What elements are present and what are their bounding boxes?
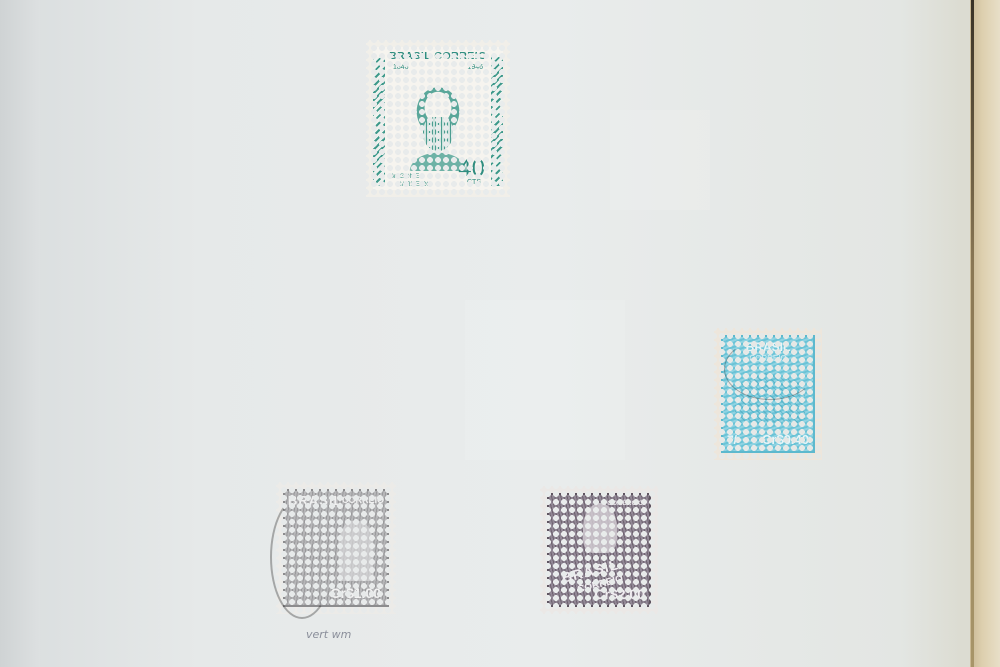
stamp-unit: CTS [467, 179, 481, 186]
stamp-correio-text: CORREIO [342, 495, 384, 505]
portrait-name-line2: CARNEIRO [397, 181, 431, 188]
portrait-beard [423, 117, 453, 151]
stamp-frame-right [491, 57, 503, 186]
year-left: 1846 [393, 64, 409, 71]
stamp-value: Cr$2.00 [594, 586, 645, 602]
stamp-country-text: BRASIL CORREIO [387, 50, 489, 62]
stamp-frame-left [373, 57, 385, 186]
year-right: 1946 [467, 64, 483, 71]
portrait-name-line1: Gn GOMES [389, 173, 424, 180]
stamp-label: COMÉRCIO [607, 500, 643, 507]
album-spine-line [971, 0, 974, 667]
figure-illustration [583, 503, 617, 553]
stamp-value: Cr$0.40 [762, 432, 809, 447]
stamp-comercio-purple[interactable]: COMÉRCIO BRASIL CORREIO Cr$2.00 [540, 486, 658, 614]
stamp-years: 1846 1946 [393, 64, 483, 71]
handwritten-note: vert wm [306, 628, 351, 641]
page-hinge-mark [610, 110, 710, 210]
worker-illustration [339, 521, 373, 581]
postmark-cancel [270, 495, 334, 619]
stamp-prefix: 7/ [727, 433, 737, 447]
album-binding-edge [970, 0, 1000, 667]
page-hinge-mark [465, 300, 625, 460]
stamp-gomes-carneiro[interactable]: BRASIL CORREIO 1846 1946 Gn GOMES CARNEI… [366, 40, 510, 197]
postmark-cancel [724, 338, 816, 400]
stamp-value: Cr$1.00 [330, 585, 381, 601]
album-page-left-edge [0, 0, 40, 667]
